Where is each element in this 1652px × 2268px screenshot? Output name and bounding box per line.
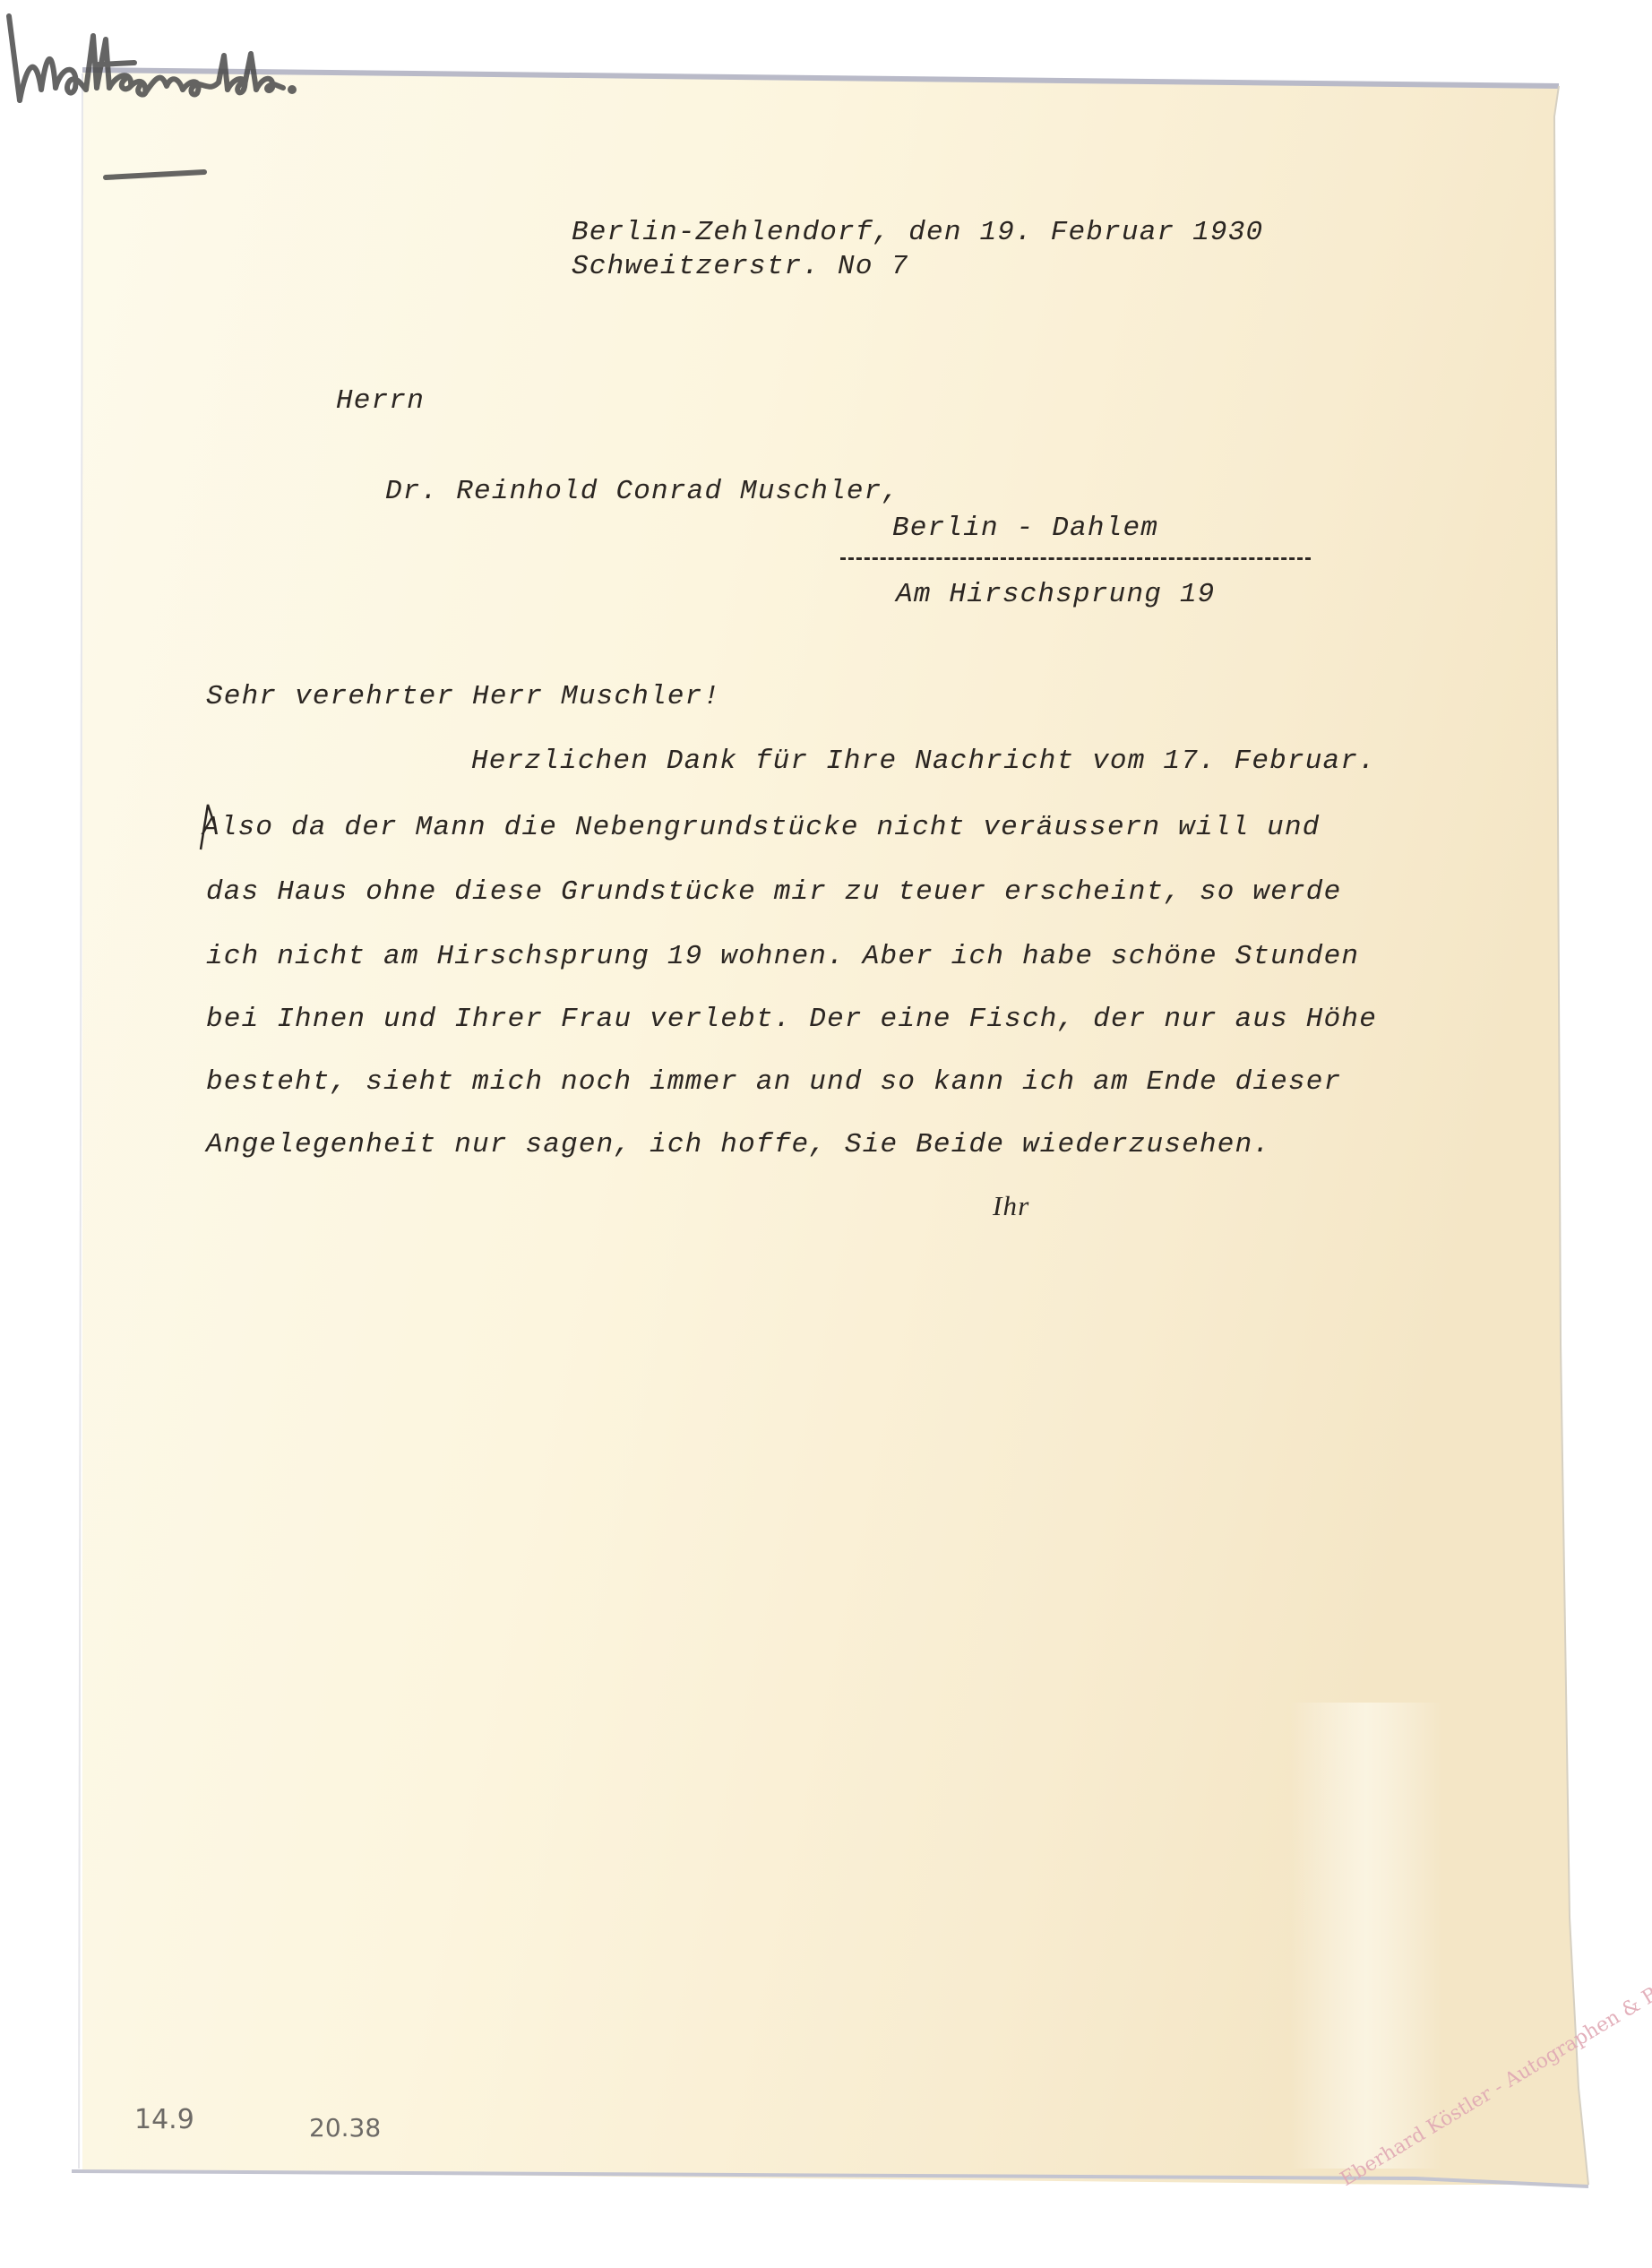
- sender-address: Schweitzerstr. No 7: [572, 253, 908, 280]
- place-date-line: Berlin-Zehlendorf, den 19. Februar 1930: [572, 219, 1263, 246]
- recipient-name: Dr. Reinhold Conrad Muschler,: [385, 478, 899, 505]
- body-line: ich nicht am Hirschsprung 19 wohnen. Abe…: [206, 943, 1359, 970]
- closing: Ihr: [993, 1192, 1030, 1220]
- address-separator-rule: [840, 557, 1311, 560]
- body-line: Angelegenheit nur sagen, ich hoffe, Sie …: [206, 1131, 1270, 1159]
- body-line: das Haus ohne diese Grundstücke mir zu t…: [206, 878, 1341, 906]
- pencil-note-left: 14.9: [134, 2104, 194, 2135]
- pencil-note-right: 20.38: [309, 2113, 381, 2143]
- greeting: Sehr verehrter Herr Muschler!: [206, 683, 720, 711]
- body-line: bei Ihnen und Ihrer Frau verlebt. Der ei…: [206, 1005, 1377, 1033]
- recipient-city: Berlin - Dahlem: [892, 514, 1158, 542]
- body-line: besteht, sieht mich noch immer an und so…: [206, 1068, 1341, 1096]
- body-line: Herzlichen Dank für Ihre Nachricht vom 1…: [471, 747, 1376, 775]
- recipient-salutation: Herrn: [336, 387, 425, 415]
- recipient-street: Am Hirschsprung 19: [896, 581, 1215, 608]
- letter-sheet: Berlin-Zehlendorf, den 19. Februar 1930 …: [0, 0, 1652, 2268]
- handwritten-correction-mark: [195, 799, 222, 853]
- body-line: Also da der Mann die Nebengrundstücke ni…: [202, 814, 1321, 841]
- handwritten-signature: [0, 0, 376, 197]
